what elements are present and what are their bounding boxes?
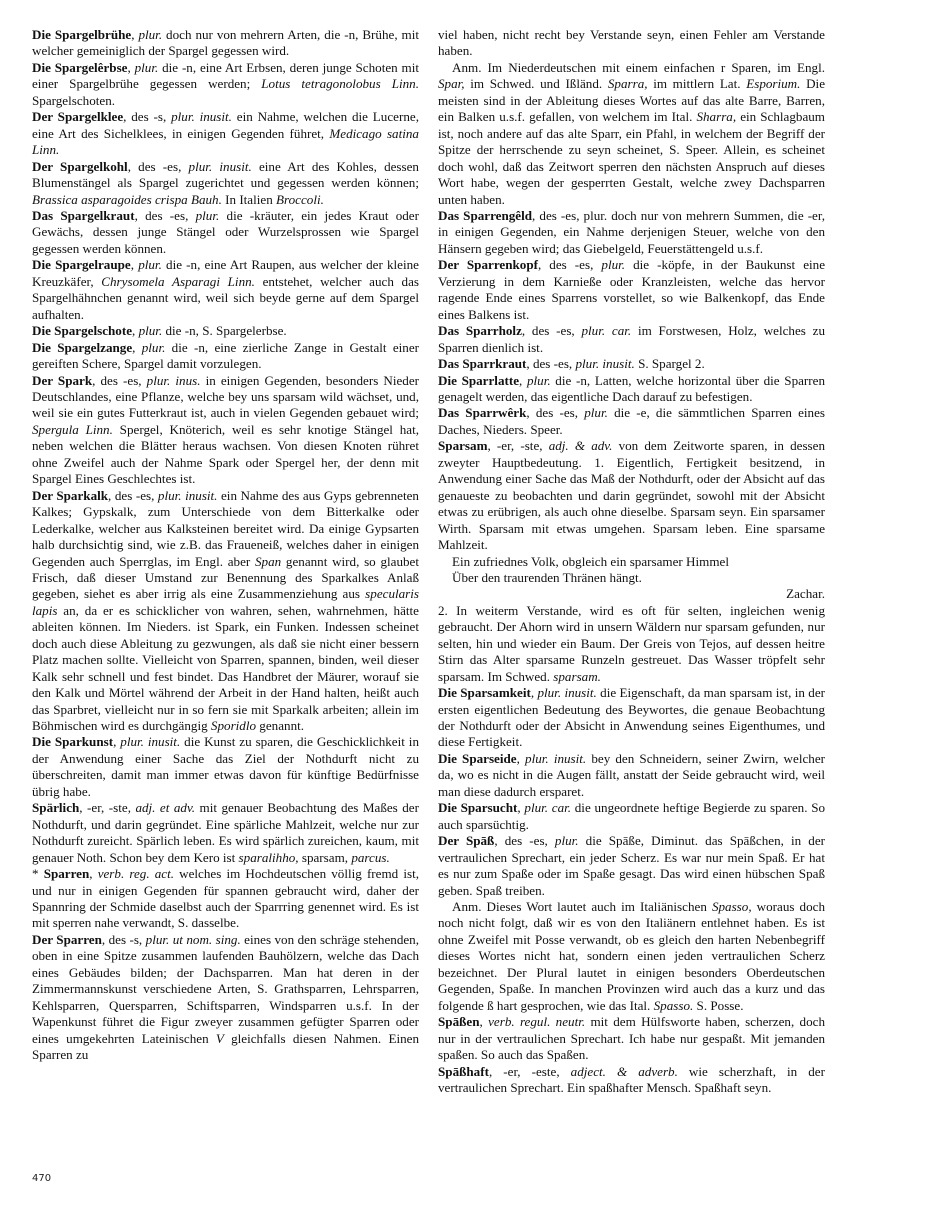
headword: Der Spargelklee bbox=[32, 109, 123, 124]
italic-term: Esporium. bbox=[746, 76, 800, 91]
dictionary-entry: Spāßen, verb. regul. neutr. mit dem Hülf… bbox=[438, 1014, 825, 1063]
italic-term: plur. inusit. bbox=[158, 488, 218, 503]
italic-term: Span bbox=[255, 554, 281, 569]
italic-term: V bbox=[216, 1031, 224, 1046]
entry-text: eines von den schräge stehenden, oben in… bbox=[32, 932, 419, 1046]
dictionary-entry: Die Spargelraupe, plur. die -n, eine Art… bbox=[32, 257, 419, 323]
entry-text: im mittlern Lat. bbox=[648, 76, 747, 91]
headword: Die Sparkunst bbox=[32, 734, 113, 749]
dictionary-page: Die Spargelbrühe, plur. doch nur von meh… bbox=[32, 27, 825, 1096]
headword: Spärlich bbox=[32, 800, 79, 815]
headword: Das Sparrwêrk bbox=[438, 405, 526, 420]
italic-term: plur. inusit. bbox=[537, 685, 596, 700]
entry-text: , des -es, bbox=[128, 159, 189, 174]
entry-text: , -er, -este, bbox=[489, 1064, 571, 1079]
headword: Sparren bbox=[44, 866, 90, 881]
headword: Das Sparrengêld bbox=[438, 208, 532, 223]
headword: Der Sparkalk bbox=[32, 488, 108, 503]
italic-term: Sharra, bbox=[696, 109, 736, 124]
dictionary-entry: Der Spargelkohl, des -es, plur. inusit. … bbox=[32, 159, 419, 208]
entry-text: sparsam, bbox=[299, 850, 352, 865]
italic-term: adj. & adv. bbox=[549, 438, 613, 453]
dictionary-entry: Anm. Im Niederdeutschen mit einem einfac… bbox=[438, 60, 825, 208]
dictionary-entry: Die Spargelbrühe, plur. doch nur von meh… bbox=[32, 27, 419, 60]
dictionary-entry: Spāßhaft, -er, -este, adject. & adverb. … bbox=[438, 1064, 825, 1097]
entry-text: * bbox=[32, 866, 44, 881]
italic-term: Lotus tetragonolobus Linn. bbox=[261, 76, 419, 91]
headword: Der Spāß bbox=[438, 833, 494, 848]
headword: Der Spargelkohl bbox=[32, 159, 128, 174]
dictionary-entry: Der Sparrenkopf, des -es, plur. die -köp… bbox=[438, 257, 825, 323]
entry-text: 2. In weiterm Verstande, wird es oft für… bbox=[438, 603, 825, 684]
headword: Spāßhaft bbox=[438, 1064, 489, 1079]
italic-term: plur. bbox=[527, 373, 551, 388]
dictionary-entry: Das Sparrwêrk, des -es, plur. die -e, di… bbox=[438, 405, 825, 438]
dictionary-entry: Spärlich, -er, -ste, adj. et adv. mit ge… bbox=[32, 800, 419, 866]
headword: Die Spargelschote bbox=[32, 323, 132, 338]
verse-line: Ein zufriednes Volk, obgleich ein sparsa… bbox=[438, 554, 825, 570]
entry-text: Anm. Im Niederdeutschen mit einem einfac… bbox=[452, 60, 825, 75]
headword: Die Sparsamkeit bbox=[438, 685, 531, 700]
italic-term: plur. car. bbox=[524, 800, 571, 815]
entry-text: , des -es, bbox=[108, 488, 158, 503]
italic-term: parcus. bbox=[351, 850, 389, 865]
dictionary-entry: Die Sparkunst, plur. inusit. die Kunst z… bbox=[32, 734, 419, 800]
entry-text: , des -s, bbox=[102, 932, 146, 947]
entry-text: , bbox=[127, 60, 134, 75]
entry-text: viel haben, nicht recht bey Verstande se… bbox=[438, 27, 825, 58]
dictionary-entry: Die Spargelzange, plur. die -n, eine zie… bbox=[32, 340, 419, 373]
italic-term: plur. bbox=[584, 405, 608, 420]
headword: Der Sparren bbox=[32, 932, 102, 947]
entry-text: , -er, -ste, bbox=[79, 800, 135, 815]
dictionary-entry: Der Sparren, des -s, plur. ut nom. sing.… bbox=[32, 932, 419, 1064]
italic-term: sparsam. bbox=[553, 669, 601, 684]
entry-text: Spargelschoten. bbox=[32, 93, 115, 108]
entry-text: , bbox=[132, 340, 142, 355]
headword: Der Spark bbox=[32, 373, 92, 388]
italic-term: plur. inusit. bbox=[171, 109, 232, 124]
italic-term: plur. inusit. bbox=[189, 159, 252, 174]
italic-term: plur. bbox=[142, 340, 166, 355]
dictionary-entry: Das Sparrkraut, des -es, plur. inusit. S… bbox=[438, 356, 825, 372]
entry-text: , bbox=[519, 373, 527, 388]
dictionary-entry: Das Sparrholz, des -es, plur. car. im Fo… bbox=[438, 323, 825, 356]
headword: Sparsam bbox=[438, 438, 487, 453]
entry-text: , des -es, bbox=[92, 373, 147, 388]
italic-term: plur. inus. bbox=[147, 373, 201, 388]
headword: Die Spargelbrühe bbox=[32, 27, 131, 42]
headword: Die Spargelraupe bbox=[32, 257, 131, 272]
dictionary-entry: Die Sparseide, plur. inusit. bey den Sch… bbox=[438, 751, 825, 800]
entry-text: , des -es, bbox=[526, 405, 584, 420]
italic-term: Spergula Linn. bbox=[32, 422, 113, 437]
dictionary-entry: Die Sparsamkeit, plur. inusit. die Eigen… bbox=[438, 685, 825, 751]
italic-term: adject. & adverb. bbox=[571, 1064, 678, 1079]
headword: Das Spargelkraut bbox=[32, 208, 135, 223]
italic-term: plur. inusit. bbox=[120, 734, 180, 749]
italic-term: plur. bbox=[555, 833, 579, 848]
italic-term: verb. reg. act. bbox=[98, 866, 174, 881]
entry-text: , bbox=[89, 866, 97, 881]
entry-text: an, da er es schicklicher von wahren, se… bbox=[32, 603, 419, 733]
entry-text: , des -es, bbox=[526, 356, 575, 371]
dictionary-entry: Das Spargelkraut, des -es, plur. die -kr… bbox=[32, 208, 419, 257]
italic-term: Chrysomela Asparagi Linn. bbox=[101, 274, 255, 289]
dictionary-entry: Sparsam, -er, -ste, adj. & adv. von dem … bbox=[438, 438, 825, 553]
headword: Die Spargelêrbse bbox=[32, 60, 127, 75]
entry-text: S. Posse. bbox=[693, 998, 743, 1013]
italic-term: Spar, bbox=[438, 76, 465, 91]
italic-term: Spasso. bbox=[654, 998, 694, 1013]
headword: Die Spargelzange bbox=[32, 340, 132, 355]
entry-text: , des -es, bbox=[494, 833, 555, 848]
italic-term: Spasso, bbox=[712, 899, 752, 914]
italic-term: verb. regul. neutr. bbox=[488, 1014, 585, 1029]
dictionary-entry: Der Sparkalk, des -es, plur. inusit. ein… bbox=[32, 488, 419, 735]
italic-term: plur. bbox=[601, 257, 625, 272]
entry-text: , bbox=[480, 1014, 489, 1029]
entry-text: genannt. bbox=[256, 718, 304, 733]
italic-term: plur. inusit. bbox=[575, 356, 634, 371]
left-column: Die Spargelbrühe, plur. doch nur von meh… bbox=[32, 27, 419, 1096]
dictionary-entry: Die Sparsucht, plur. car. die ungeordnet… bbox=[438, 800, 825, 833]
entry-text: , des -es, bbox=[522, 323, 582, 338]
italic-term: plur. bbox=[138, 257, 162, 272]
dictionary-entry: Die Spargelschote, plur. die -n, S. Spar… bbox=[32, 323, 419, 339]
entry-text: Anm. Dieses Wort lautet auch im Italiäni… bbox=[452, 899, 712, 914]
dictionary-entry: Der Spargelklee, des -s, plur. inusit. e… bbox=[32, 109, 419, 158]
headword: Der Sparrenkopf bbox=[438, 257, 538, 272]
dictionary-entry: Der Spark, des -es, plur. inus. in einig… bbox=[32, 373, 419, 488]
italic-term: adj. et adv. bbox=[135, 800, 195, 815]
entry-text: woraus doch noch nicht folgt, daß wir es… bbox=[438, 899, 825, 1013]
entry-text: , bbox=[517, 751, 525, 766]
entry-text: von dem Zeitworte sparen, in dessen zwey… bbox=[438, 438, 825, 552]
italic-term: Brassica asparagoides crispa Bauh. bbox=[32, 192, 222, 207]
dictionary-entry: Die Sparrlatte, plur. die -n, Latten, we… bbox=[438, 373, 825, 406]
dictionary-entry: 2. In weiterm Verstande, wird es oft für… bbox=[438, 603, 825, 685]
dictionary-entry: Das Sparrengêld, des -es, plur. doch nur… bbox=[438, 208, 825, 257]
dictionary-entry: viel haben, nicht recht bey Verstande se… bbox=[438, 27, 825, 60]
page-number: 470 bbox=[32, 1173, 51, 1184]
dictionary-entry: Die Spargelêrbse, plur. die -n, eine Art… bbox=[32, 60, 419, 109]
dictionary-entry: Der Spāß, des -es, plur. die Spāße, Dimi… bbox=[438, 833, 825, 899]
entry-text: , des -es, bbox=[135, 208, 196, 223]
dictionary-entry: Anm. Dieses Wort lautet auch im Italiäni… bbox=[438, 899, 825, 1014]
italic-term: Broccoli. bbox=[276, 192, 324, 207]
headword: Spāßen bbox=[438, 1014, 480, 1029]
italic-term: Sparra, bbox=[608, 76, 648, 91]
italic-term: Sporidlo bbox=[211, 718, 256, 733]
entry-text: , des -es, bbox=[538, 257, 601, 272]
dictionary-entry: * Sparren, verb. reg. act. welches im Ho… bbox=[32, 866, 419, 932]
headword: Die Sparseide bbox=[438, 751, 517, 766]
italic-term: plur. bbox=[196, 208, 220, 223]
verse-line: Über den traurenden Thränen hängt. bbox=[438, 570, 825, 586]
entry-text: , des -s, bbox=[123, 109, 171, 124]
entry-text: S. Spargel 2. bbox=[635, 356, 705, 371]
italic-term: plur. bbox=[135, 60, 159, 75]
italic-term: plur. car. bbox=[581, 323, 631, 338]
entry-text: , -er, -ste, bbox=[487, 438, 548, 453]
headword: Die Sparrlatte bbox=[438, 373, 519, 388]
quote-attribution: Zachar. bbox=[438, 586, 825, 602]
headword: Das Sparrkraut bbox=[438, 356, 526, 371]
headword: Das Sparrholz bbox=[438, 323, 522, 338]
entry-text: die -n, S. Spargelerbse. bbox=[162, 323, 287, 338]
entry-text: im Schwed. und Ißländ. bbox=[465, 76, 608, 91]
italic-term: sparalihho, bbox=[239, 850, 299, 865]
italic-term: plur. inusit. bbox=[525, 751, 586, 766]
italic-term: plur. bbox=[138, 27, 162, 42]
right-column: viel haben, nicht recht bey Verstande se… bbox=[438, 27, 825, 1096]
italic-term: plur. ut nom. sing. bbox=[146, 932, 241, 947]
headword: Die Sparsucht bbox=[438, 800, 517, 815]
entry-text: In Italien bbox=[222, 192, 276, 207]
italic-term: plur. bbox=[139, 323, 163, 338]
